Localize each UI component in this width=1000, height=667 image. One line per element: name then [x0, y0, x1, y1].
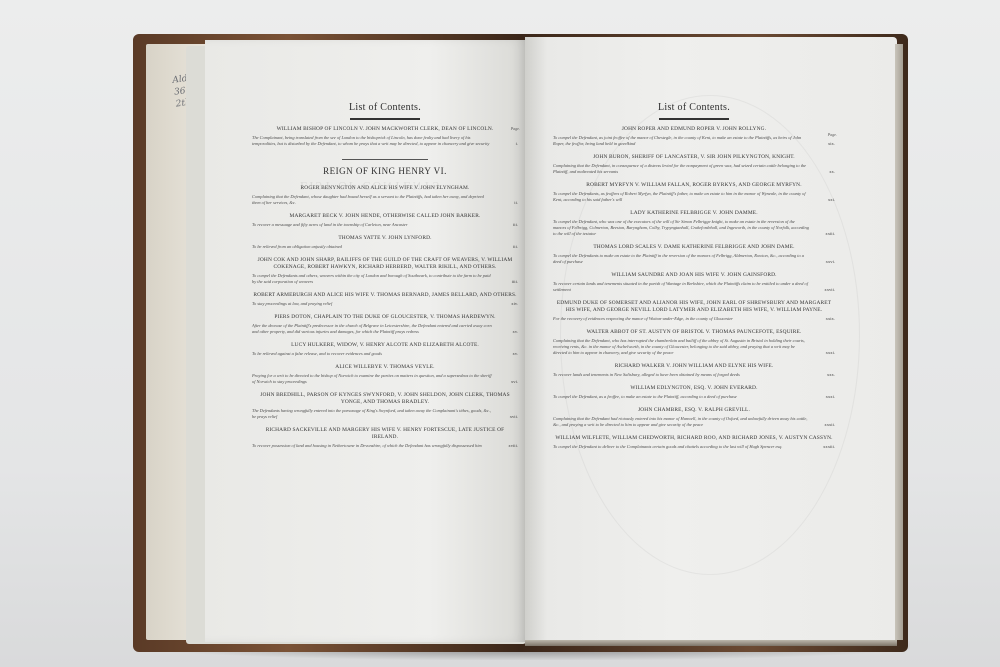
entry-description: Complaining that the Defendant, who has … [553, 338, 835, 356]
contents-entry: EDMUND Duke of SOMERSET and ALIANOR his … [553, 300, 835, 322]
contents-entry: WILLIAM EDLYNGTON, Esq. v. JOHN EVERARD.… [553, 385, 835, 400]
entry-description: To compel the Defendants to make an esta… [553, 253, 835, 265]
entry-parties: RICHARD WALKER v. JOHN WILLIAM and ELYNE… [553, 363, 835, 370]
entry-description: To be relieved from an obligation unjust… [252, 244, 518, 250]
entry-parties: EDMUND Duke of SOMERSET and ALIANOR his … [553, 300, 835, 314]
contents-entry: THOMAS Lord SCALES v. Dame KATHERINE FEL… [553, 244, 835, 265]
description-text: To compel the Defendants and others, wea… [252, 273, 491, 284]
contents-entry: JOHN COK and JOHN SHARP, bailiffs of the… [252, 257, 518, 285]
entry-parties: WILLIAM SAUNDRE and JOAN his Wife v. JOH… [553, 272, 835, 279]
right-page-title: List of Contents. [553, 102, 835, 117]
reign-heading: REIGN OF KING HENRY VI. [252, 166, 518, 176]
description-text: Complaining that the Defendant, who has … [553, 338, 805, 355]
entry-description: To recover certain lands and tenements s… [553, 281, 835, 293]
contents-entry: PIERS DOTON, chaplain to the Duke of GLO… [252, 314, 518, 335]
description-text: To recover lands and tenements in New Sa… [553, 372, 740, 377]
contents-entry: Page. WILLIAM Bishop of LINCOLN v. JOHN … [252, 126, 518, 147]
description-text: To compel the Defendant to deliver to th… [553, 444, 782, 449]
description-text: To recover possession of land and housin… [252, 443, 482, 448]
description-text: To compel the Defendants to make an esta… [553, 253, 804, 264]
entry-page-number: xxvi. [826, 259, 835, 265]
entry-page-number: xxxiii. [823, 444, 835, 450]
entry-page-number: xix. [828, 141, 835, 147]
description-text: Complaining that the Defendant, in conse… [553, 163, 806, 174]
entry-parties: ALICE WILLEBYE v. THOMAS VEYLE. [252, 364, 518, 371]
description-text: To recover a messuage and fifty acres of… [252, 222, 408, 227]
entry-parties: WILLIAM EDLYNGTON, Esq. v. JOHN EVERARD. [553, 385, 835, 392]
title-rule [350, 118, 420, 120]
entry-page-number: xxvii. [824, 287, 835, 293]
contents-entry: ROGER BENYNGTON and ALICE his Wife v. JO… [252, 185, 518, 206]
entry-parties: PIERS DOTON, chaplain to the Duke of GLO… [252, 314, 518, 321]
entry-page-number: xviii. [508, 443, 518, 449]
entry-parties: JOHN COK and JOHN SHARP, bailiffs of the… [252, 257, 518, 271]
contents-entry: WILLIAM WILFLETE, WILLIAM CHEDWORTH, RIC… [553, 435, 835, 450]
entry-description: To recover a messuage and fifty acres of… [252, 222, 518, 228]
entry-page-number: ii. [514, 200, 518, 206]
description-text: Complaining that the Defendant had rioto… [553, 416, 807, 427]
entry-page-number: xvii. [510, 414, 518, 420]
entry-description: To compel the Defendant to deliver to th… [553, 444, 835, 450]
entry-description: To compel the Defendants, as feoffees of… [553, 191, 835, 203]
entry-description: To recover lands and tenements in New Sa… [553, 372, 835, 378]
entry-description: The Complainant, being translated from t… [252, 135, 518, 147]
entry-parties: WALTER Abbot of ST. AUSTYN OF BRISTOL v.… [553, 329, 835, 336]
entry-page-number: xvi. [511, 379, 518, 385]
entry-parties: JOHN BREDHILL, parson of KYNGES SWYNFORD… [252, 392, 518, 406]
entry-parties: THOMAS YATTE v. JOHN LYNFORD. [252, 235, 518, 242]
description-text: After the decease of the Plaintiff's pre… [252, 323, 492, 334]
entry-parties: ROBERT MYRFYN v. WILLIAM FALLAN, ROGER B… [553, 182, 835, 189]
entry-description: To stay proceedings at law, and praying … [252, 301, 518, 307]
entry-page-number: xxiii. [825, 231, 835, 237]
entry-description: Complaining that the Defendant, whose da… [252, 194, 518, 206]
entry-description: Praying for a writ to be directed to the… [252, 373, 518, 385]
entry-page-number: i. [516, 141, 518, 147]
entry-page-number: iiii. [512, 279, 518, 285]
entry-parties: WILLIAM WILFLETE, WILLIAM CHEDWORTH, RIC… [553, 435, 835, 442]
entry-description: To recover possession of land and housin… [252, 443, 518, 449]
entry-description: Complaining that the Defendant had rioto… [553, 416, 835, 428]
description-text: To compel the Defendants, as feoffees of… [553, 191, 806, 202]
description-text: To recover certain lands and tenements s… [553, 281, 808, 292]
contents-entry: THOMAS YATTE v. JOHN LYNFORD. To be reli… [252, 235, 518, 250]
right-contents-column: List of Contents. Page. JOHN ROPER and E… [553, 102, 835, 457]
contents-entry: ALICE WILLEBYE v. THOMAS VEYLE. Praying … [252, 364, 518, 385]
description-text: The Complainant, being translated from t… [252, 135, 489, 146]
contents-entry: JOHN BREDHILL, parson of KYNGES SWYNFORD… [252, 392, 518, 420]
entry-parties: ROBERT ARMEBURGH and ALICE his Wife v. T… [252, 292, 518, 299]
contents-entry: LUCY HULKERE, widow, v. HENRY ALCOTE and… [252, 342, 518, 357]
entry-parties: RICHARD SACKEVILLE and MARGERY his Wife … [252, 427, 518, 441]
entry-description: To compel the Defendant, as joint feoffe… [553, 135, 835, 147]
entry-page-number: iii. [513, 244, 518, 250]
description-text: For the recovery of evidences respecting… [553, 316, 733, 321]
entry-parties: JOHN ROPER and EDMUND ROPER v. JOHN ROLL… [553, 126, 835, 133]
description-text: To compel the Defendant, as a feoffee, t… [553, 394, 737, 399]
page-column-label: Page. [511, 126, 520, 131]
contents-entry: JOHN CHAMBRE, Esq. v. RALPH GREVILL. Com… [553, 407, 835, 428]
entry-page-number: xv. [513, 351, 518, 357]
entry-parties: JOHN BURON, Sheriff of Lancaster, v. Sir… [553, 154, 835, 161]
entry-page-number: xxxi. [826, 394, 835, 400]
contents-entry: JOHN BURON, Sheriff of Lancaster, v. Sir… [553, 154, 835, 175]
entry-description: The Defendants having wrongfully entered… [252, 408, 518, 420]
contents-entry: ROBERT ARMEBURGH and ALICE his Wife v. T… [252, 292, 518, 307]
entry-parties: ROGER BENYNGTON and ALICE his Wife v. JO… [252, 185, 518, 192]
entry-page-number: xiv. [511, 301, 518, 307]
entry-page-number: xxx. [827, 372, 835, 378]
entry-description: To compel the Defendants and others, wea… [252, 273, 518, 285]
title-rule [659, 118, 729, 120]
entry-parties: MARGARET BECK v. JOHN HENDE, otherwise c… [252, 213, 518, 220]
entry-page-number: xxix. [826, 316, 835, 322]
description-text: The Defendants having wrongfully entered… [252, 408, 491, 419]
entry-parties: LUCY HULKERE, widow, v. HENRY ALCOTE and… [252, 342, 518, 349]
description-text: To compel the Defendant, as joint feoffe… [553, 135, 801, 146]
description-text: To stay proceedings at law, and praying … [252, 301, 332, 306]
entry-parties: JOHN CHAMBRE, Esq. v. RALPH GREVILL. [553, 407, 835, 414]
entry-page-number: xxxi. [826, 350, 835, 356]
contents-entry: RICHARD SACKEVILLE and MARGERY his Wife … [252, 427, 518, 449]
entry-page-number: xxi. [828, 197, 835, 203]
entry-description: For the recovery of evidences respecting… [553, 316, 835, 322]
description-text: To be relieved against a false release, … [252, 351, 382, 356]
description-text: Praying for a writ to be directed to the… [252, 373, 492, 384]
page-bottom-edge [525, 640, 897, 646]
contents-entry: WILLIAM SAUNDRE and JOAN his Wife v. JOH… [553, 272, 835, 293]
left-page-title: List of Contents. [252, 102, 518, 117]
entry-description: Complaining that the Defendant, in conse… [553, 163, 835, 175]
description-text: To be relieved from an obligation unjust… [252, 244, 342, 249]
contents-entry: WALTER Abbot of ST. AUSTYN OF BRISTOL v.… [553, 329, 835, 356]
section-rule [342, 159, 428, 160]
contents-entry: JOHN ROPER and EDMUND ROPER v. JOHN ROLL… [553, 126, 835, 147]
entry-page-number: xx. [829, 169, 835, 175]
contents-entry: Lady KATHERINE FELBRIGGE v. JOHN DAMME. … [553, 210, 835, 237]
description-text: Complaining that the Defendant, whose da… [252, 194, 484, 205]
entry-description: To compel the Defendant, who was one of … [553, 219, 835, 237]
contents-entry: ROBERT MYRFYN v. WILLIAM FALLAN, ROGER B… [553, 182, 835, 203]
page-fore-edge [895, 44, 903, 640]
entry-parties: THOMAS Lord SCALES v. Dame KATHERINE FEL… [553, 244, 835, 251]
entry-description: To compel the Defendant, as a feoffee, t… [553, 394, 835, 400]
entry-page-number: xv. [513, 329, 518, 335]
entry-parties: WILLIAM Bishop of LINCOLN v. JOHN MACKWO… [252, 126, 518, 133]
entry-description: To be relieved against a false release, … [252, 351, 518, 357]
entry-page-number: xxxii. [824, 422, 835, 428]
left-contents-column: List of Contents. Page. WILLIAM Bishop o… [252, 102, 518, 456]
description-text: To compel the Defendant, who was one of … [553, 219, 809, 236]
entry-parties: Lady KATHERINE FELBRIGGE v. JOHN DAMME. [553, 210, 835, 217]
entry-description: After the decease of the Plaintiff's pre… [252, 323, 518, 335]
contents-entry: MARGARET BECK v. JOHN HENDE, otherwise c… [252, 213, 518, 228]
contents-entry: RICHARD WALKER v. JOHN WILLIAM and ELYNE… [553, 363, 835, 378]
entry-page-number: iii. [513, 222, 518, 228]
